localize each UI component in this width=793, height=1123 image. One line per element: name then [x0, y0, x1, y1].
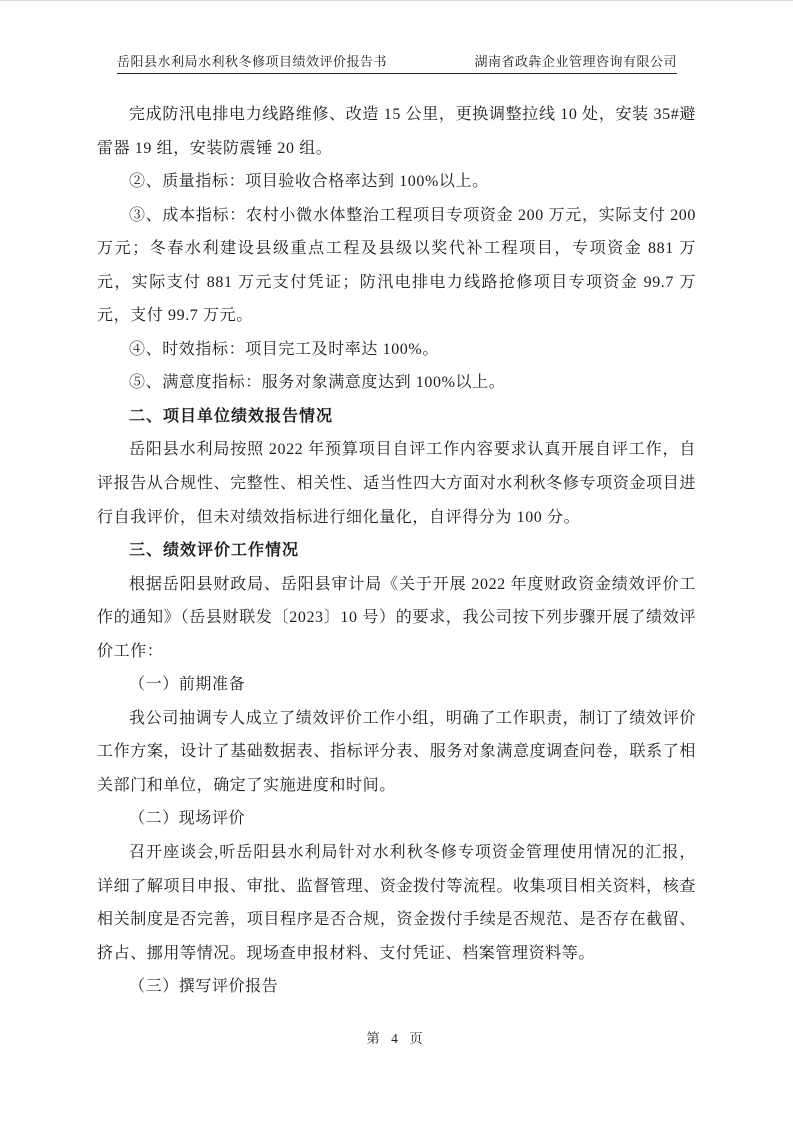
section-heading: 三、绩效评价工作情况	[97, 534, 696, 568]
body-paragraph: ④、时效指标：项目完工及时率达 100%。	[97, 333, 696, 367]
subsection-heading: （二）现场评价	[97, 802, 696, 836]
subsection-heading: （一）前期准备	[97, 668, 696, 702]
body-paragraph: ③、成本指标：农村小微水体整治工程项目专项资金 200 万元，实际支付 200 …	[97, 199, 696, 333]
header-company-name: 湖南省政犇企业管理咨询有限公司	[474, 53, 677, 71]
header-report-title: 岳阳县水利局水利秋冬修项目绩效评价报告书	[117, 53, 387, 71]
body-paragraph: ②、质量指标：项目验收合格率达到 100%以上。	[97, 165, 696, 199]
page-header: 岳阳县水利局水利秋冬修项目绩效评价报告书 湖南省政犇企业管理咨询有限公司	[117, 53, 677, 74]
body-paragraph: ⑤、满意度指标：服务对象满意度达到 100%以上。	[97, 366, 696, 400]
body-paragraph: 岳阳县水利局按照 2022 年预算项目自评工作内容要求认真开展自评工作，自评报告…	[97, 433, 696, 534]
body-paragraph: 召开座谈会,听岳阳县水利局针对水利秋冬修专项资金管理使用情况的汇报，详细了解项目…	[97, 836, 696, 970]
section-heading: 二、项目单位绩效报告情况	[97, 400, 696, 434]
subsection-heading: （三）撰写评价报告	[97, 970, 696, 1004]
document-body: 完成防汛电排电力线路维修、改造 15 公里，更换调整拉线 10 处，安装 35#…	[97, 98, 696, 1004]
page-number: 第 4 页	[366, 1031, 427, 1046]
body-paragraph: 根据岳阳县财政局、岳阳县审计局《关于开展 2022 年度财政资金绩效评价工作的通…	[97, 568, 696, 669]
body-paragraph: 我公司抽调专人成立了绩效评价工作小组，明确了工作职责，制订了绩效评价工作方案，设…	[97, 702, 696, 803]
page-footer: 第 4 页	[0, 1027, 793, 1047]
report-page: 岳阳县水利局水利秋冬修项目绩效评价报告书 湖南省政犇企业管理咨询有限公司 完成防…	[0, 0, 793, 1123]
body-paragraph: 完成防汛电排电力线路维修、改造 15 公里，更换调整拉线 10 处，安装 35#…	[97, 98, 696, 165]
